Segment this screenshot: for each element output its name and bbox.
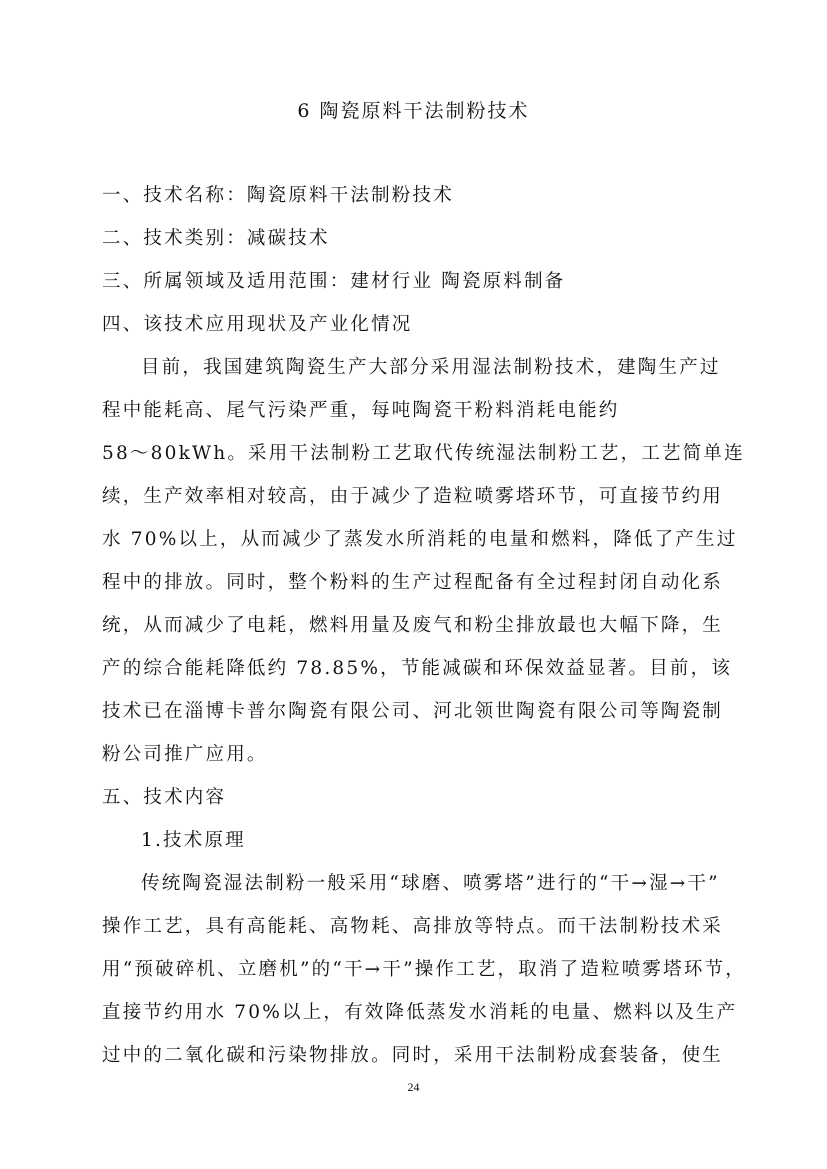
page-number: 24 bbox=[0, 1080, 827, 1095]
paragraph-line: 程中能耗高、尾气污染严重，每吨陶瓷干粉料消耗电能约 bbox=[102, 396, 732, 426]
paragraph-line: 续，生产效率相对较高，由于减少了造粒喷雾塔环节，可直接节约用 bbox=[102, 482, 732, 512]
paragraph-line: 产的综合能耗降低约 78.85%，节能减碳和环保效益显著。目前，该 bbox=[102, 654, 732, 684]
paragraph-line: 粉公司推广应用。 bbox=[102, 740, 732, 770]
section-heading-tech-content: 五、技术内容 bbox=[102, 783, 732, 813]
paragraph-line: 用“预破碎机、立磨机”的“干→干”操作工艺，取消了造粒喷雾塔环节， bbox=[102, 955, 732, 985]
paragraph-line: 传统陶瓷湿法制粉一般采用“球磨、喷雾塔”进行的“干→湿→干” bbox=[141, 869, 771, 899]
subsection-heading-principle: 1.技术原理 bbox=[141, 826, 771, 856]
document-page: 6 陶瓷原料干法制粉技术 一、技术名称：陶瓷原料干法制粉技术 二、技术类别：减碳… bbox=[0, 0, 827, 1169]
section-heading-scope: 三、所属领域及适用范围：建材行业 陶瓷原料制备 bbox=[102, 267, 732, 297]
paragraph-line: 技术已在淄博卡普尔陶瓷有限公司、河北领世陶瓷有限公司等陶瓷制 bbox=[102, 697, 732, 727]
section-heading-tech-category: 二、技术类别：减碳技术 bbox=[102, 224, 732, 254]
document-title: 6 陶瓷原料干法制粉技术 bbox=[0, 96, 827, 126]
section-heading-tech-name: 一、技术名称：陶瓷原料干法制粉技术 bbox=[102, 181, 732, 211]
section-heading-status: 四、该技术应用现状及产业化情况 bbox=[102, 310, 732, 340]
paragraph-line: 水 70%以上，从而减少了蒸发水所消耗的电量和燃料，降低了产生过 bbox=[102, 525, 732, 555]
paragraph-line: 程中的排放。同时，整个粉料的生产过程配备有全过程封闭自动化系 bbox=[102, 568, 732, 598]
paragraph-line: 统，从而减少了电耗，燃料用量及废气和粉尘排放最也大幅下降，生 bbox=[102, 611, 732, 641]
paragraph-line: 58～80kWh。采用干法制粉工艺取代传统湿法制粉工艺，工艺简单连 bbox=[102, 439, 732, 469]
paragraph-line: 直接节约用水 70%以上，有效降低蒸发水消耗的电量、燃料以及生产 bbox=[102, 998, 732, 1028]
paragraph-line: 过中的二氧化碳和污染物排放。同时，采用干法制粉成套装备，使生 bbox=[102, 1041, 732, 1071]
paragraph-line: 目前，我国建筑陶瓷生产大部分采用湿法制粉技术，建陶生产过 bbox=[141, 353, 771, 383]
paragraph-line: 操作工艺，具有高能耗、高物耗、高排放等特点。而干法制粉技术采 bbox=[102, 912, 732, 942]
